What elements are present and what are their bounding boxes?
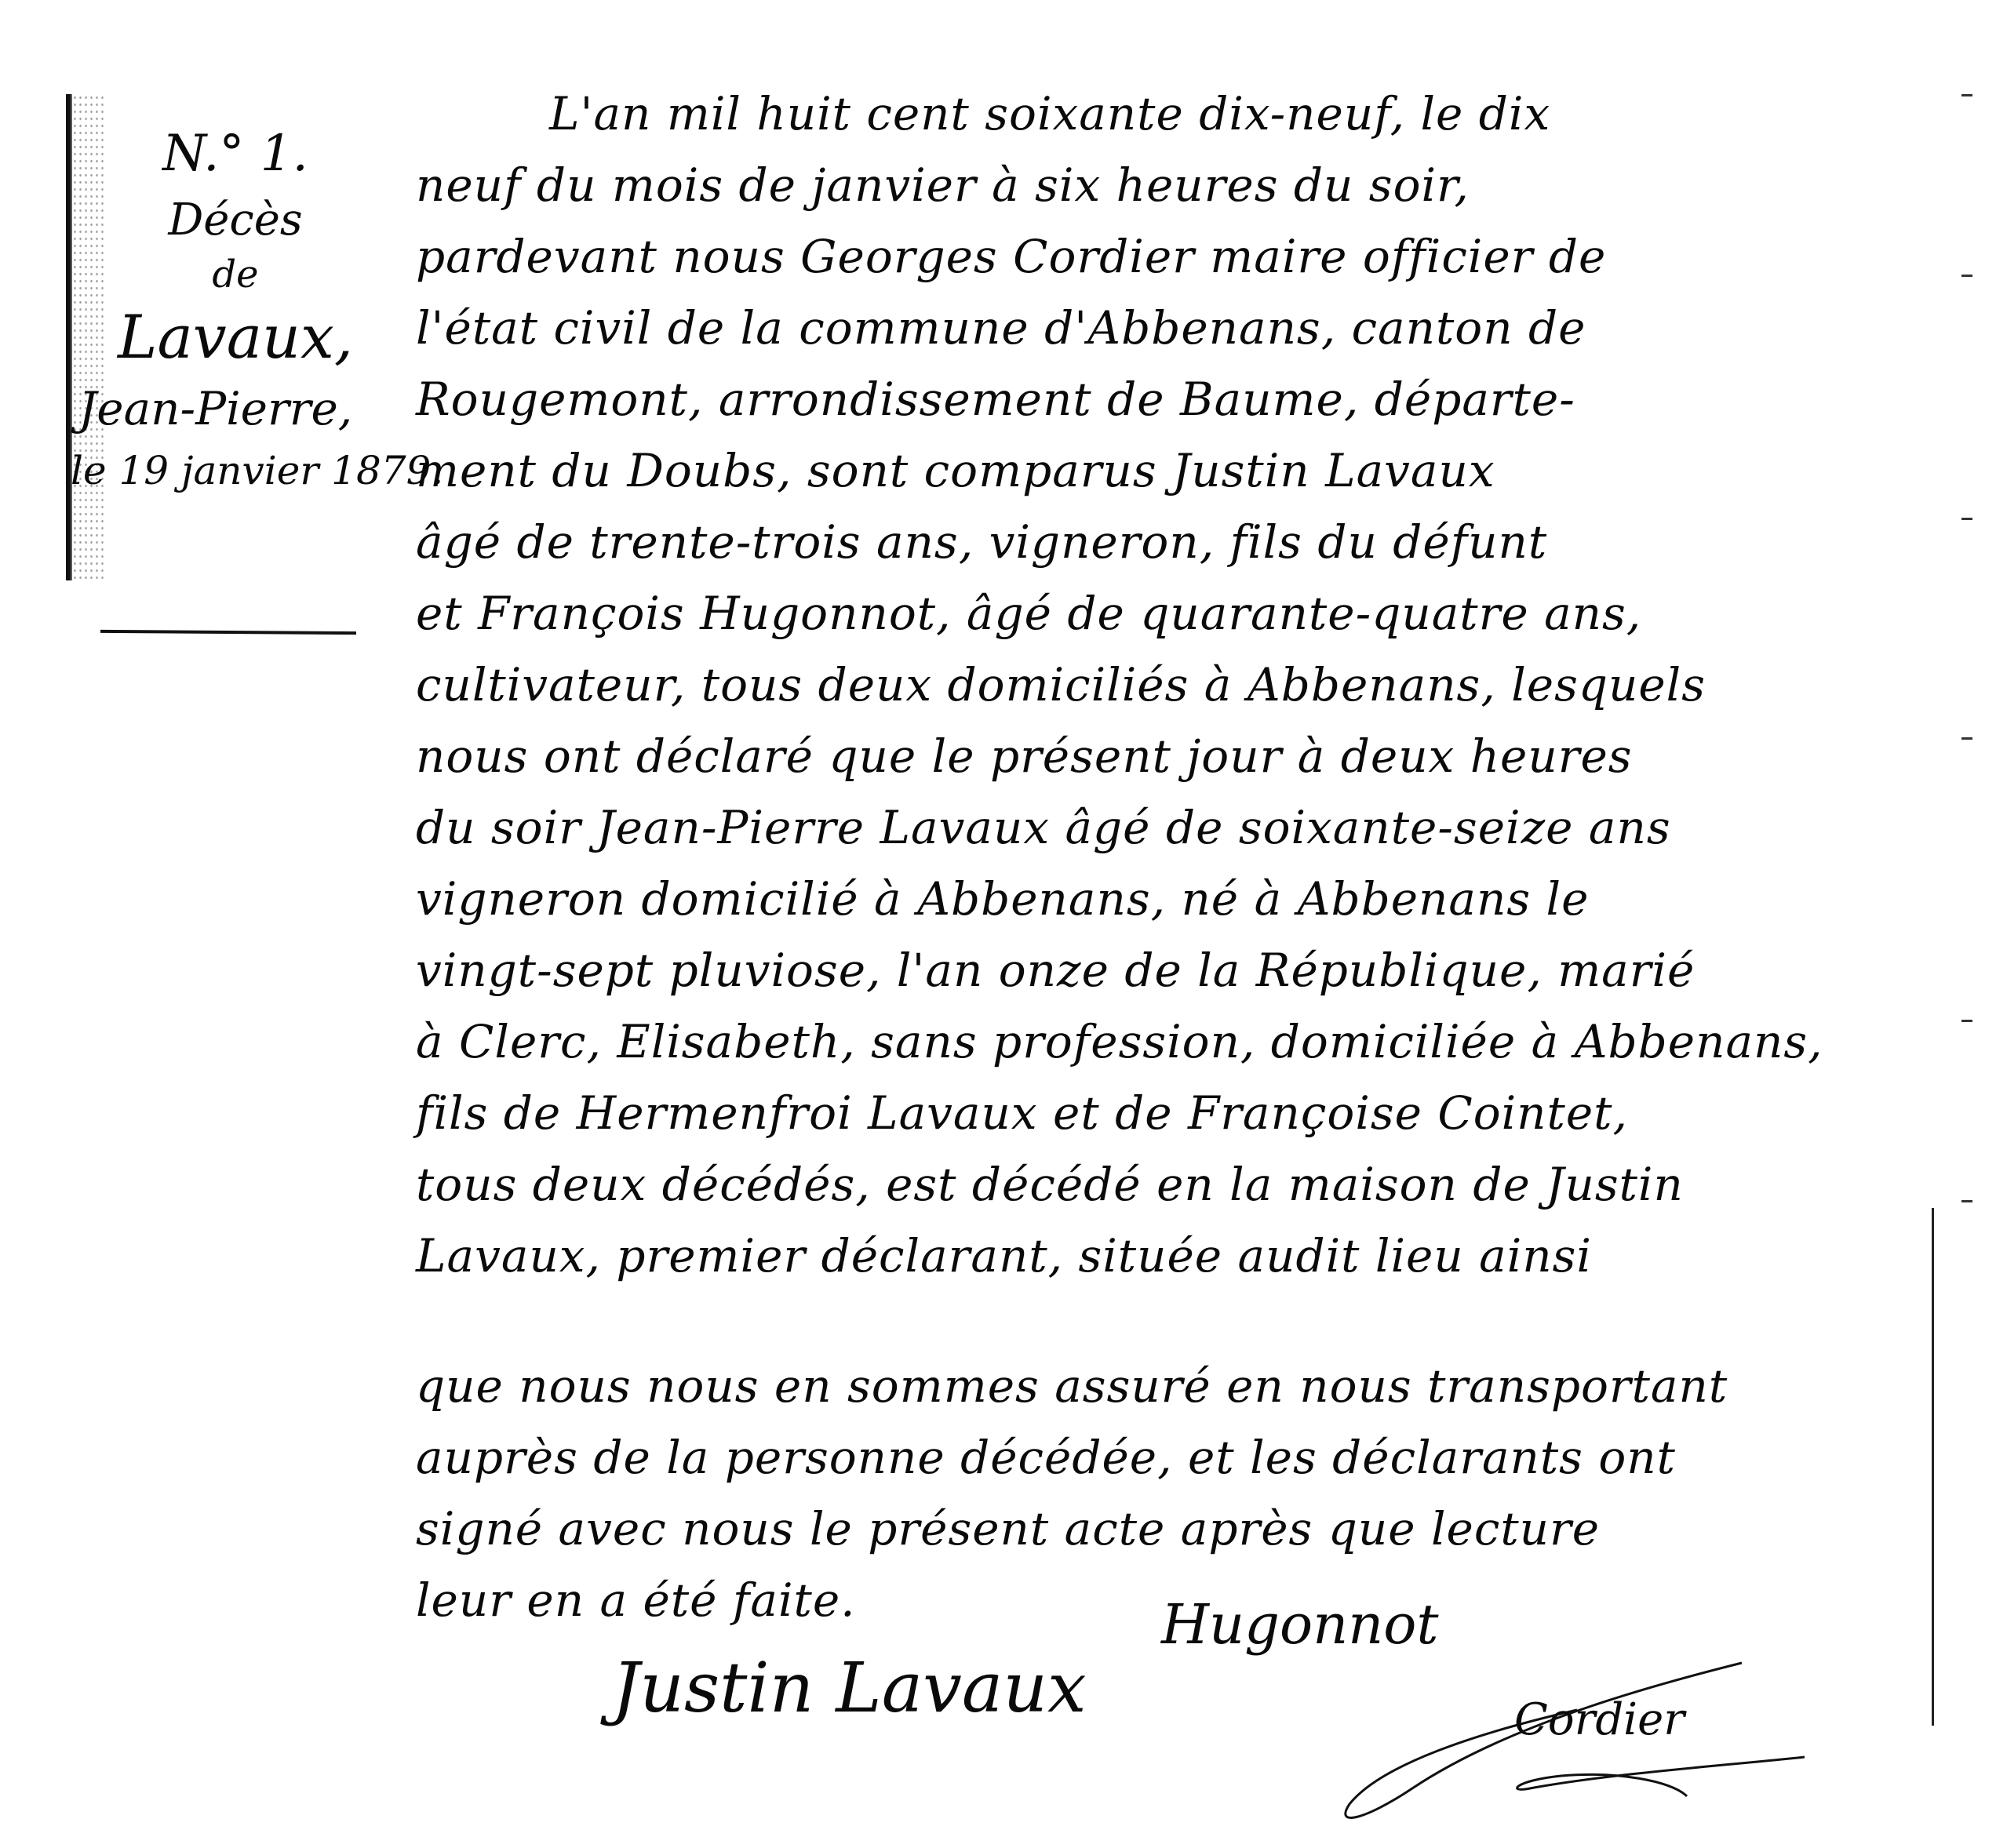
record-date: le 19 janvier 1879. [71,441,400,500]
register-page: N.° 1. Décès de Lavaux, Jean-Pierre, le … [0,0,1996,1848]
body-line: cultivateur, tous deux domiciliés à Abbe… [416,649,1946,721]
body-line: Lavaux, premier déclarant, située audit … [416,1220,1946,1292]
body-line: L'an mil huit cent soixante dix-neuf, le… [416,78,1946,150]
deceased-surname: Lavaux, [71,298,400,377]
signature-cordier: Cordier [1514,1694,1685,1745]
body-line: l'état civil de la commune d'Abbenans, c… [416,293,1946,364]
body-line: auprès de la personne décédée, et les dé… [416,1422,1946,1493]
record-type: Décès [71,190,400,251]
cordier-flourish [1499,1741,1812,1804]
deceased-given-names: Jean-Pierre, [71,377,400,441]
body-line: neuf du mois de janvier à six heures du … [416,150,1946,221]
body-line: fils de Hermenfroi Lavaux et de François… [416,1078,1946,1149]
edge-mark [1961,518,1972,520]
body-line: vingt-sept pluviose, l'an onze de la Rép… [416,935,1946,1006]
entry-number: N.° 1. [71,118,400,190]
body-line: signé avec nous le présent acte après qu… [416,1493,1946,1565]
edge-mark [1961,94,1972,96]
body-line: ment du Doubs, sont comparus Justin Lava… [416,435,1946,507]
body-line: et François Hugonnot, âgé de quarante-qu… [416,578,1946,649]
edge-mark [1961,275,1972,277]
edge-mark [1961,1200,1972,1202]
body-line: pardevant nous Georges Cordier maire off… [416,221,1946,293]
signature-justin-lavaux: Justin Lavaux [612,1647,1087,1728]
body-line: tous deux décédés, est décédé en la mais… [416,1149,1946,1220]
body-line: que nous nous en sommes assuré en nous t… [416,1351,1946,1422]
margin-de: de [71,251,400,298]
body-line: vigneron domicilié à Abbenans, né à Abbe… [416,864,1946,935]
edge-mark [1961,737,1972,740]
margin-divider [100,630,356,635]
right-page-rule [1932,1208,1934,1726]
signatures-block: Justin Lavaux Hugonnot Cordier [612,1592,1867,1796]
edge-mark [1961,1020,1972,1022]
margin-annotation: N.° 1. Décès de Lavaux, Jean-Pierre, le … [71,118,400,500]
record-body: L'an mil huit cent soixante dix-neuf, le… [416,78,1946,1636]
body-line: nous ont déclaré que le présent jour à d… [416,721,1946,792]
body-line: à Clerc, Elisabeth, sans profession, dom… [416,1006,1946,1078]
body-line: âgé de trente-trois ans, vigneron, fils … [416,507,1946,578]
body-line: Rougemont, arrondissement de Baume, dépa… [416,364,1946,435]
body-line: du soir Jean-Pierre Lavaux âgé de soixan… [416,792,1946,864]
